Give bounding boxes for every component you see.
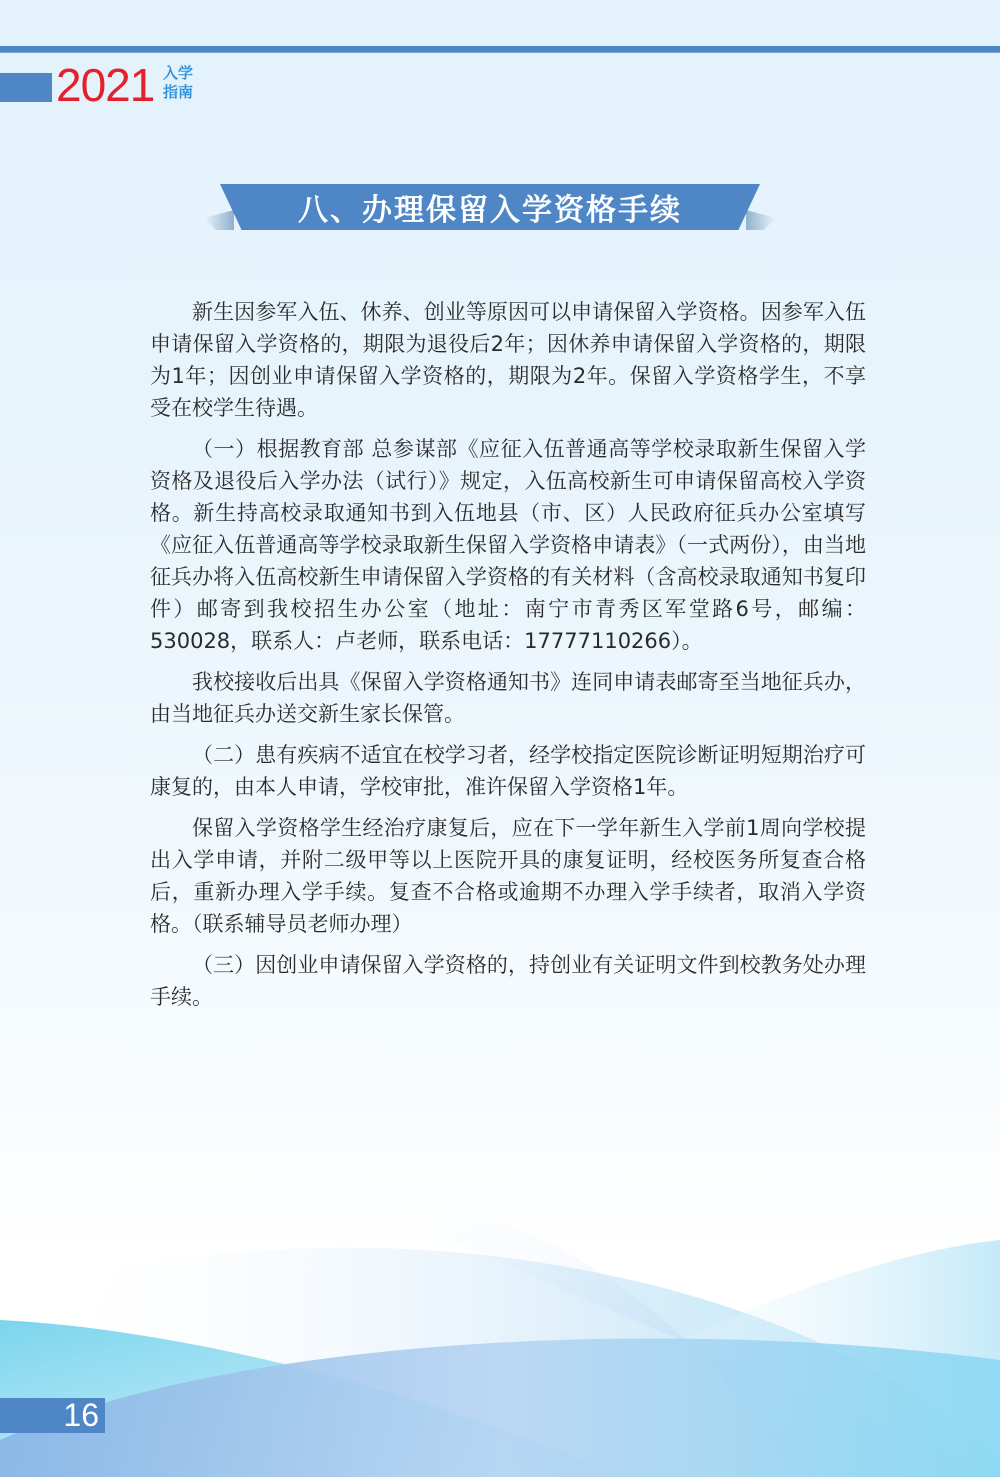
header-accent-bar xyxy=(0,73,52,102)
paragraph-military: （一）根据教育部 总参谋部《应征入伍普通高等学校录取新生保留入学资格及退役后入学… xyxy=(150,433,866,657)
body-content: 新生因参军入伍、休养、创业等原因可以申请保留入学资格。因参军入伍申请保留入学资格… xyxy=(150,296,866,1022)
section-title: 八、办理保留入学资格手续 xyxy=(298,185,682,229)
banner-ribbon: 八、办理保留入学资格手续 xyxy=(220,184,760,230)
paragraph-entrepreneurship: （三）因创业申请保留入学资格的，持创业有关证明文件到校教务处办理手续。 xyxy=(150,949,866,1013)
paragraph-illness: （二）患有疾病不适宜在校学习者，经学校指定医院诊断证明短期治疗可康复的，由本人申… xyxy=(150,739,866,803)
top-rule xyxy=(0,46,1000,53)
header-year: 2021 xyxy=(56,60,154,110)
header-subtitle-line2: 指南 xyxy=(163,83,193,102)
paragraph-recovery: 保留入学资格学生经治疗康复后，应在下一学年新生入学前1周向学校提出入学申请，并附… xyxy=(150,812,866,940)
page-number: 16 xyxy=(63,1398,99,1433)
paragraph-notice: 我校接收后出具《保留入学资格通知书》连同申请表邮寄至当地征兵办，由当地征兵办送交… xyxy=(150,666,866,730)
paragraph-intro: 新生因参军入伍、休养、创业等原因可以申请保留入学资格。因参军入伍申请保留入学资格… xyxy=(150,296,866,424)
header-subtitle-line1: 入学 xyxy=(163,64,193,83)
banner-left-wing xyxy=(204,210,234,230)
banner-right-wing xyxy=(746,210,776,230)
header-subtitle: 入学 指南 xyxy=(163,64,193,102)
decorative-waves xyxy=(0,1150,1000,1477)
page-number-badge: 16 xyxy=(0,1398,105,1433)
section-title-banner: 八、办理保留入学资格手续 xyxy=(204,184,776,232)
